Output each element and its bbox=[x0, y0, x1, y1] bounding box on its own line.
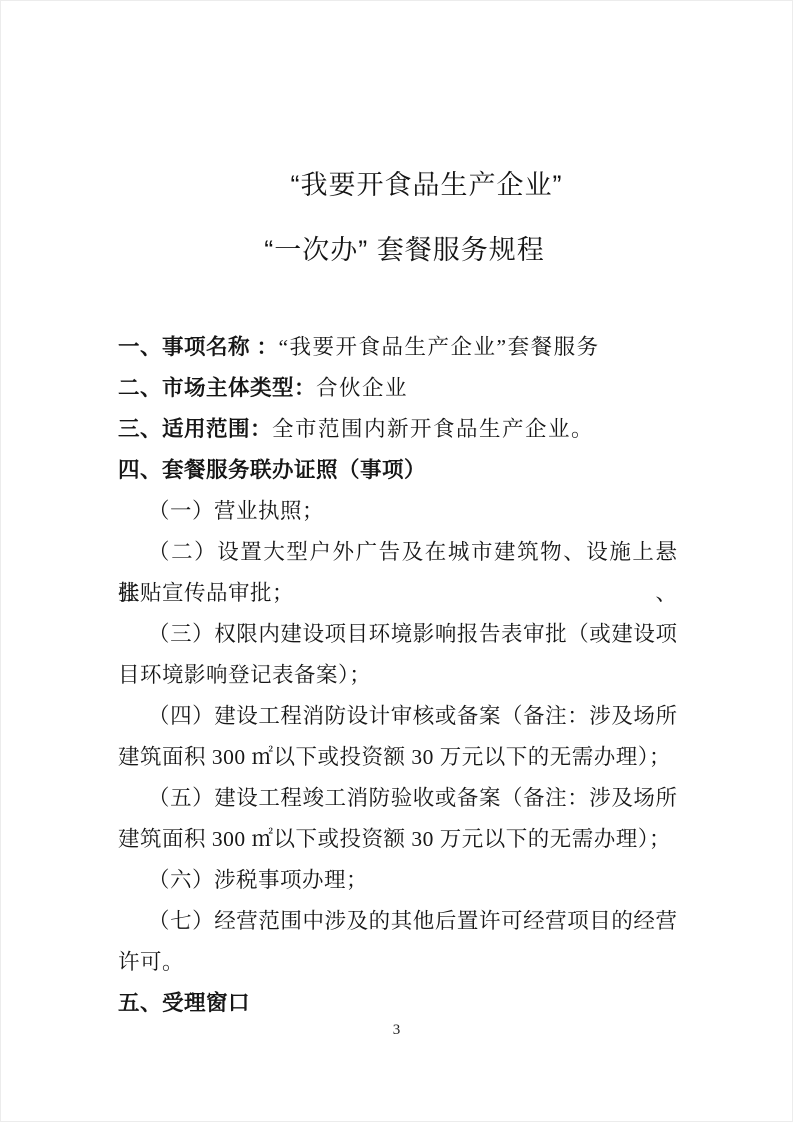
sub-item-5-line-2: 建筑面积 300 ㎡以下或投资额 30 万元以下的无需办理）； bbox=[118, 819, 677, 860]
heading-value: 合伙企业 bbox=[316, 376, 408, 400]
section-heading-licenses: 四、套餐服务联办证照（事项） bbox=[118, 450, 677, 491]
sub-item-2-line-1: （二）设置大型户外广告及在城市建筑物、设施上悬挂、 bbox=[118, 532, 677, 573]
heading-value: “我要开食品生产企业”套餐服务 bbox=[278, 335, 599, 359]
page-number: 3 bbox=[0, 1020, 793, 1040]
sub-item-7-line-2: 许可。 bbox=[118, 942, 677, 983]
sub-item-7-line-1: （七）经营范围中涉及的其他后置许可经营项目的经营 bbox=[118, 901, 677, 942]
sub-item-3-line-1: （三）权限内建设项目环境影响报告表审批（或建设项 bbox=[118, 614, 677, 655]
heading-value: 全市范围内新开食品生产企业。 bbox=[272, 417, 594, 441]
title-line-1: “我要开食品生产企业” bbox=[30, 168, 793, 202]
sub-item-3-line-2: 目环境影响登记表备案）； bbox=[118, 655, 677, 696]
sub-item-6-line: （六）涉税事项办理； bbox=[118, 860, 677, 901]
heading-label: 二、市场主体类型： bbox=[118, 376, 316, 400]
section-heading-item-name: 一、事项名称 ：“我要开食品生产企业”套餐服务 bbox=[118, 327, 677, 368]
heading-label: 三、适用范围： bbox=[118, 417, 272, 441]
heading-label: 四、套餐服务联办证照（事项） bbox=[118, 458, 426, 482]
sub-item-1-line: （一）营业执照； bbox=[118, 491, 677, 532]
sub-item-4-line-1: （四）建设工程消防设计审核或备案（备注：涉及场所 bbox=[118, 696, 677, 737]
sub-item-5-line-1: （五）建设工程竣工消防验收或备案（备注：涉及场所 bbox=[118, 778, 677, 819]
heading-label: 五、受理窗口 bbox=[118, 991, 250, 1015]
document-page: “我要开食品生产企业” “一次办” 套餐服务规程 一、事项名称 ：“我要开食品生… bbox=[0, 0, 793, 1122]
title-line-2: “一次办” 套餐服务规程 bbox=[8, 233, 793, 267]
section-heading-scope: 三、适用范围：全市范围内新开食品生产企业。 bbox=[118, 409, 677, 450]
heading-label: 一、事项名称 ： bbox=[118, 335, 278, 359]
document-body: 一、事项名称 ：“我要开食品生产企业”套餐服务 二、市场主体类型：合伙企业 三、… bbox=[118, 327, 677, 1024]
section-heading-service-window: 五、受理窗口 bbox=[118, 983, 677, 1024]
document-title: “我要开食品生产企业” “一次办” 套餐服务规程 bbox=[0, 168, 793, 267]
section-heading-entity-type: 二、市场主体类型：合伙企业 bbox=[118, 368, 677, 409]
sub-item-4-line-2: 建筑面积 300 ㎡以下或投资额 30 万元以下的无需办理）； bbox=[118, 737, 677, 778]
